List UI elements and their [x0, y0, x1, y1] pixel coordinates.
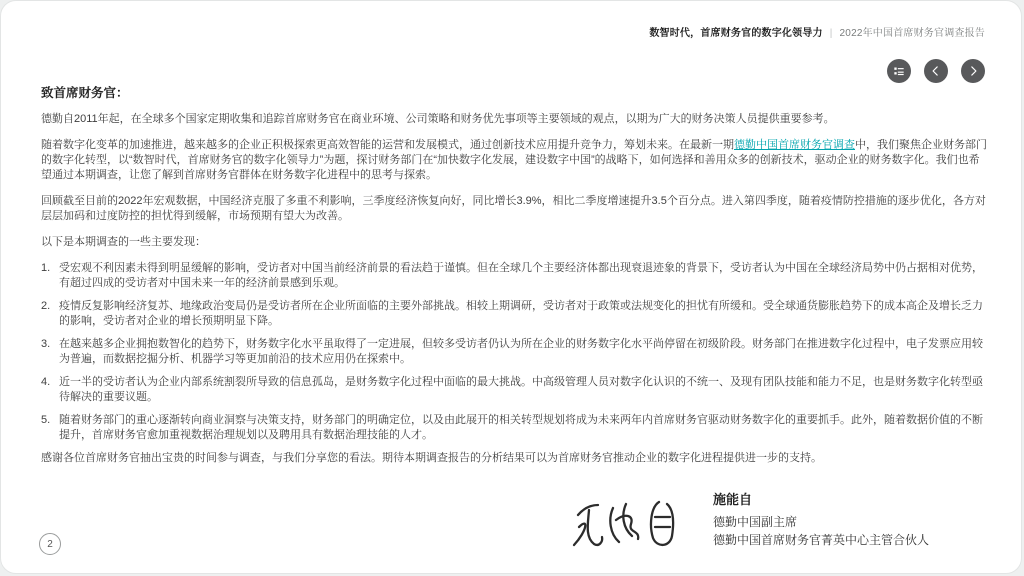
- list-item-text: 随着财务部门的重心逐渐转向商业洞察与决策支持，财务部门的明确定位，以及由此展开的…: [59, 413, 989, 443]
- chevron-left-icon: [929, 64, 943, 78]
- report-subtitle: 2022年中国首席财务官调查报告: [840, 28, 985, 39]
- paragraph-intro: 德勤自2011年起，在全球多个国家定期收集和追踪首席财务官在商业环境、公司策略和…: [41, 112, 989, 127]
- paragraph-macro: 回顾截至目前的2022年宏观数据，中国经济克服了多重不利影响，三季度经济恢复向好…: [41, 194, 989, 224]
- signature-block: 施能自 德勤中国副主席 德勤中国首席财务官菁英中心主管合伙人: [571, 489, 929, 556]
- list-item-text: 近一半的受访者认为企业内部系统割裂所导致的信息孤岛，是财务数字化过程中面临的最大…: [59, 375, 989, 405]
- list-item-number: 3.: [41, 337, 59, 367]
- list-item-number: 1.: [41, 261, 59, 291]
- list-item-text: 疫情反复影响经济复苏、地缘政治变局仍是受访者所在企业所面临的主要外部挑战。相较上…: [59, 299, 989, 329]
- findings-intro: 以下是本期调查的一些主要发现：: [41, 235, 989, 250]
- cfo-survey-link[interactable]: 德勤中国首席财务官调查: [734, 139, 855, 151]
- nav-buttons: [887, 59, 985, 83]
- list-item: 5. 随着财务部门的重心逐渐转向商业洞察与决策支持，财务部门的明确定位，以及由此…: [41, 413, 989, 443]
- report-header: 数智时代，首席财务官的数字化领导力|2022年中国首席财务官调查报告: [649, 24, 985, 39]
- header-divider: |: [830, 28, 833, 39]
- letter-body: 致首席财务官： 德勤自2011年起，在全球多个国家定期收集和追踪首席财务官在商业…: [41, 86, 989, 477]
- signature-image: [571, 493, 683, 556]
- contents-button[interactable]: [887, 59, 911, 83]
- list-item: 1. 受宏观不利因素未得到明显缓解的影响，受访者对中国当前经济前景的看法趋于谨慎…: [41, 261, 989, 291]
- list-item-text: 在越来越多企业拥抱数智化的趋势下，财务数字化水平虽取得了一定进展，但较多受访者仍…: [59, 337, 989, 367]
- paragraph-closing: 感谢各位首席财务官抽出宝贵的时间参与调查，与我们分享您的看法。期待本期调查报告的…: [41, 451, 989, 466]
- next-page-button[interactable]: [961, 59, 985, 83]
- paragraph-survey-text-before: 随着数字化变革的加速推进，越来越多的企业正积极探索更高效智能的运营和发展模式，通…: [41, 139, 734, 151]
- report-page: 数智时代，首席财务官的数字化领导力|2022年中国首席财务官调查报告: [0, 0, 1022, 574]
- signatory-title-2: 德勤中国首席财务官菁英中心主管合伙人: [713, 531, 929, 549]
- chevron-right-icon: [966, 64, 980, 78]
- signatory-name: 施能自: [713, 489, 929, 508]
- findings-list: 1. 受宏观不利因素未得到明显缓解的影响，受访者对中国当前经济前景的看法趋于谨慎…: [41, 261, 989, 443]
- list-item: 4. 近一半的受访者认为企业内部系统割裂所导致的信息孤岛，是财务数字化过程中面临…: [41, 375, 989, 405]
- report-title: 数智时代，首席财务官的数字化领导力: [649, 28, 822, 39]
- page-number-badge: 2: [39, 533, 61, 555]
- list-item-text: 受宏观不利因素未得到明显缓解的影响，受访者对中国当前经济前景的看法趋于谨慎。但在…: [59, 261, 989, 291]
- list-item: 2. 疫情反复影响经济复苏、地缘政治变局仍是受访者所在企业所面临的主要外部挑战。…: [41, 299, 989, 329]
- list-item-number: 2.: [41, 299, 59, 329]
- letter-salutation: 致首席财务官：: [41, 86, 989, 101]
- paragraph-survey: 随着数字化变革的加速推进，越来越多的企业正积极探索更高效智能的运营和发展模式，通…: [41, 138, 989, 183]
- signatory-title-1: 德勤中国副主席: [713, 513, 929, 531]
- list-item: 3. 在越来越多企业拥抱数智化的趋势下，财务数字化水平虽取得了一定进展，但较多受…: [41, 337, 989, 367]
- list-item-number: 4.: [41, 375, 59, 405]
- page-number: 2: [47, 539, 53, 550]
- signatory-info: 施能自 德勤中国副主席 德勤中国首席财务官菁英中心主管合伙人: [713, 489, 929, 549]
- prev-page-button[interactable]: [924, 59, 948, 83]
- list-item-number: 5.: [41, 413, 59, 443]
- toc-list-icon: [892, 64, 906, 78]
